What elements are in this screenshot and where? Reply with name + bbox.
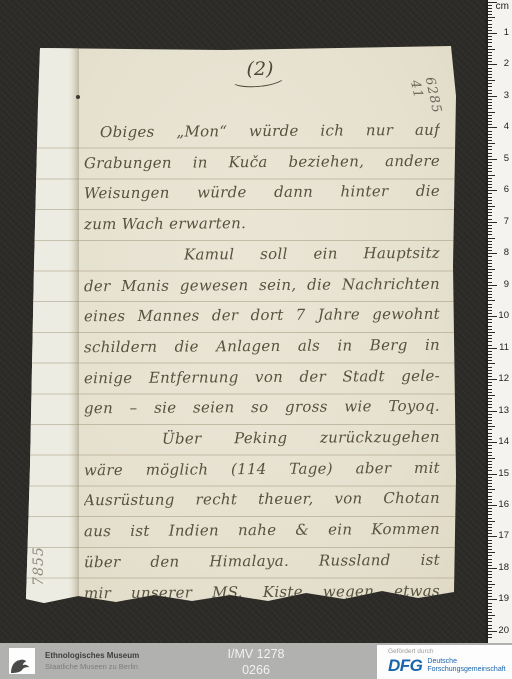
ruler-tick bbox=[488, 90, 492, 91]
ruler-tick bbox=[488, 27, 492, 28]
ruler-tick bbox=[488, 533, 492, 534]
ruler-tick bbox=[488, 99, 492, 100]
ruler-tick bbox=[488, 143, 495, 144]
scanned-letter-page: (2) 6285 41 7855 Obiges „Mon“ würde ich … bbox=[24, 46, 456, 612]
margin-annotation: 7855 bbox=[31, 534, 47, 598]
funder-prefix: Gefördert durch bbox=[388, 648, 512, 655]
ruler-number: 7 bbox=[504, 216, 509, 227]
ruler-tick bbox=[488, 175, 495, 176]
ruler-number: 4 bbox=[504, 121, 509, 132]
handwriting-line: schildern die Anlagen als in Berg in bbox=[84, 336, 440, 365]
ruler-tick bbox=[488, 178, 492, 179]
ruler-tick bbox=[488, 615, 495, 616]
ruler-tick bbox=[488, 52, 492, 53]
ruler-tick bbox=[488, 508, 492, 509]
ruler-tick bbox=[488, 483, 492, 484]
ruler-tick bbox=[488, 146, 492, 147]
ruler-tick bbox=[488, 2, 497, 3]
ruler-tick bbox=[488, 153, 492, 154]
ruler-tick bbox=[488, 603, 492, 604]
ruler-number: 5 bbox=[504, 153, 509, 164]
ruler-tick bbox=[488, 108, 492, 109]
ruler-tick bbox=[488, 464, 492, 465]
handwriting-line: Weisungen würde dann hinter die bbox=[84, 182, 440, 211]
ruler-tick bbox=[488, 55, 492, 56]
ruler-tick bbox=[488, 414, 492, 415]
handwriting-line: aus ist Indien nahe & ein Kommen bbox=[84, 520, 440, 549]
ruler-tick bbox=[488, 124, 492, 125]
ruler-tick bbox=[488, 156, 492, 157]
ruler-tick bbox=[488, 275, 492, 276]
ruler-tick bbox=[488, 64, 497, 65]
ruler-tick bbox=[488, 288, 492, 289]
ruler-tick bbox=[488, 486, 492, 487]
ruler-tick bbox=[488, 442, 497, 443]
ruler-tick bbox=[488, 326, 492, 327]
ruler-tick bbox=[488, 5, 492, 6]
ruler-tick bbox=[488, 310, 492, 311]
ruler-tick bbox=[488, 452, 492, 453]
ruler-tick bbox=[488, 477, 492, 478]
institution-name: Ethnologisches Museum bbox=[45, 651, 139, 660]
ruler-number: 9 bbox=[504, 279, 509, 290]
ruler-tick bbox=[488, 404, 492, 405]
ruler-number: 3 bbox=[504, 90, 509, 101]
ruler-tick bbox=[488, 599, 497, 600]
ruler-tick bbox=[488, 382, 492, 383]
ruler-tick bbox=[488, 219, 492, 220]
ruler-tick bbox=[488, 618, 492, 619]
ruler-tick bbox=[488, 77, 492, 78]
ruler-tick bbox=[488, 269, 495, 270]
ruler-tick bbox=[488, 392, 492, 393]
ruler-tick bbox=[488, 238, 495, 239]
ruler-number: 8 bbox=[504, 247, 509, 258]
ruler-tick bbox=[488, 102, 492, 103]
handwriting-line: Kamul soll ein Hauptsitz bbox=[84, 244, 440, 273]
ruler-tick bbox=[488, 247, 492, 248]
ruler-tick bbox=[488, 593, 492, 594]
ruler-tick bbox=[488, 540, 492, 541]
ruler-tick bbox=[488, 502, 492, 503]
ruler-tick bbox=[488, 159, 497, 160]
handwriting-line: zum Wach erwarten. bbox=[84, 213, 440, 242]
ruler-number: 12 bbox=[498, 373, 509, 384]
handwriting-line: Ausrüstung recht theuer, von Chotan bbox=[84, 489, 440, 518]
ruler-tick bbox=[488, 543, 492, 544]
ruler-tick bbox=[488, 480, 492, 481]
ruler-tick bbox=[488, 530, 492, 531]
ruler-tick bbox=[488, 11, 492, 12]
ruler-tick bbox=[488, 234, 492, 235]
ruler-tick bbox=[488, 266, 492, 267]
ruler-tick bbox=[488, 612, 492, 613]
ruler-tick bbox=[488, 637, 492, 638]
ruler-number: 15 bbox=[498, 468, 509, 479]
ruler-tick bbox=[488, 30, 492, 31]
ruler-tick bbox=[488, 209, 492, 210]
ruler-tick bbox=[488, 80, 495, 81]
ruler-tick bbox=[488, 253, 497, 254]
ruler-tick bbox=[488, 137, 492, 138]
ruler-tick bbox=[488, 590, 492, 591]
ruler-tick bbox=[488, 461, 492, 462]
ruler-tick bbox=[488, 140, 492, 141]
scan-viewer: (2) 6285 41 7855 Obiges „Mon“ würde ich … bbox=[0, 0, 512, 679]
ruler-tick bbox=[488, 313, 492, 314]
handwriting-line: Grabungen in Kuča beziehen, andere bbox=[84, 151, 440, 180]
funder-block: Gefördert durch DFG Deutsche Forschungsg… bbox=[377, 645, 512, 679]
ruler-tick bbox=[488, 474, 497, 475]
ruler-tick bbox=[488, 631, 497, 632]
ruler-tick bbox=[488, 367, 492, 368]
ruler-tick bbox=[488, 596, 492, 597]
ruler-tick bbox=[488, 606, 492, 607]
ruler-tick bbox=[488, 398, 492, 399]
ruler-tick bbox=[488, 68, 492, 69]
ruler-tick bbox=[488, 61, 492, 62]
ruler-tick bbox=[488, 171, 492, 172]
ruler-tick bbox=[488, 285, 497, 286]
ruler-number: 10 bbox=[498, 310, 509, 321]
ruler-tick bbox=[488, 105, 492, 106]
ruler-number: 18 bbox=[498, 562, 509, 573]
ruler-tick bbox=[488, 316, 497, 317]
ruler-tick bbox=[488, 345, 492, 346]
ruler-tick bbox=[488, 300, 495, 301]
handwriting-line: gen – sie seien so gross wie Toyoq. bbox=[84, 397, 440, 426]
ruler-tick bbox=[488, 436, 492, 437]
handwriting-line: wäre möglich (114 Tage) aber mit bbox=[84, 458, 440, 487]
ruler-tick bbox=[488, 455, 492, 456]
ruler-tick bbox=[488, 131, 492, 132]
ruler-number: 14 bbox=[498, 436, 509, 447]
ruler-tick bbox=[488, 244, 492, 245]
ruler-tick bbox=[488, 46, 492, 47]
ruler-tick bbox=[488, 524, 492, 525]
ruler-tick bbox=[488, 297, 492, 298]
ruler-tick bbox=[488, 549, 492, 550]
ruler-tick bbox=[488, 250, 492, 251]
ruler-tick bbox=[488, 357, 492, 358]
ruler-tick bbox=[488, 389, 492, 390]
ruler-tick bbox=[488, 329, 492, 330]
ruler-tick bbox=[488, 445, 492, 446]
ruler-tick bbox=[488, 228, 492, 229]
ruler-tick bbox=[488, 521, 495, 522]
handwriting-line: eines Mannes der dort 7 Jahre gewohnt bbox=[84, 305, 440, 334]
institution-subtitle: Staatliche Museen zu Berlin bbox=[45, 662, 139, 671]
ruler-tick bbox=[488, 112, 495, 113]
ruler-tick bbox=[488, 584, 495, 585]
ruler-tick bbox=[488, 426, 495, 427]
ruler-tick bbox=[488, 256, 492, 257]
ruler-tick bbox=[488, 505, 497, 506]
ruler-tick bbox=[488, 470, 492, 471]
ruler-tick bbox=[488, 36, 492, 37]
ruler-tick bbox=[488, 341, 492, 342]
ruler-tick bbox=[488, 514, 492, 515]
ruler-number: 19 bbox=[498, 593, 509, 604]
ruler-tick bbox=[488, 272, 492, 273]
ruler-tick bbox=[488, 401, 492, 402]
ruler-tick bbox=[488, 379, 497, 380]
ruler-tick bbox=[488, 628, 492, 629]
ruler-number: 1 bbox=[504, 27, 509, 38]
ruler-tick bbox=[488, 351, 492, 352]
ruler-tick bbox=[488, 58, 492, 59]
ruler-tick bbox=[488, 162, 492, 163]
measurement-ruler: cm 1234567891011121314151617181920 bbox=[488, 0, 512, 646]
ruler-tick bbox=[488, 360, 492, 361]
ruler-tick bbox=[488, 241, 492, 242]
funder-name: Deutsche Forschungsgemeinschaft bbox=[427, 658, 505, 674]
ruler-tick bbox=[488, 448, 492, 449]
ruler-tick bbox=[488, 634, 492, 635]
ruler-tick bbox=[488, 354, 492, 355]
ruler-tick bbox=[488, 197, 492, 198]
ruler-tick bbox=[488, 376, 492, 377]
ruler-tick bbox=[488, 93, 492, 94]
footer-bar: I/MV 1278 0266 Ethnologisches Museum Sta… bbox=[0, 643, 512, 679]
ruler-tick bbox=[488, 206, 495, 207]
ruler-tick bbox=[488, 385, 492, 386]
handwriting-line: Über Peking zurückzugehen bbox=[84, 428, 440, 457]
ruler-tick bbox=[488, 187, 492, 188]
ruler-tick bbox=[488, 165, 492, 166]
handwriting-line: Obiges „Mon“ würde ich nur auf bbox=[84, 121, 440, 150]
ruler-tick bbox=[488, 559, 492, 560]
ruler-tick bbox=[488, 134, 492, 135]
ruler-tick bbox=[488, 49, 495, 50]
ruler-tick bbox=[488, 322, 492, 323]
ruler-tick bbox=[488, 373, 492, 374]
ruler-tick bbox=[488, 568, 497, 569]
ruler-tick bbox=[488, 587, 492, 588]
ruler-tick bbox=[488, 574, 492, 575]
ruler-tick bbox=[488, 489, 495, 490]
ruler-tick bbox=[488, 83, 492, 84]
ruler-tick bbox=[488, 86, 492, 87]
ruler-tick bbox=[488, 8, 492, 9]
ruler-tick bbox=[488, 609, 492, 610]
ruler-number: 16 bbox=[498, 499, 509, 510]
ruler-tick bbox=[488, 71, 492, 72]
ruler-tick bbox=[488, 571, 492, 572]
dfg-logo-icon: DFG bbox=[388, 656, 422, 676]
ruler-tick bbox=[488, 184, 492, 185]
ruler-tick bbox=[488, 552, 495, 553]
ruler-tick bbox=[488, 433, 492, 434]
ruler-tick bbox=[488, 407, 492, 408]
handwriting-line: einige Entfernung von der Stadt gele- bbox=[84, 366, 440, 395]
ruler-tick bbox=[488, 115, 492, 116]
ruler-tick bbox=[488, 225, 492, 226]
ruler-tick bbox=[488, 39, 492, 40]
ruler-tick bbox=[488, 429, 492, 430]
ruler-tick bbox=[488, 14, 492, 15]
ruler-tick bbox=[488, 260, 492, 261]
ruler-tick bbox=[488, 181, 492, 182]
ruler-tick bbox=[488, 546, 492, 547]
corner-annotation: 6285 41 bbox=[407, 76, 444, 119]
ruler-tick bbox=[488, 215, 492, 216]
paper-hole bbox=[76, 95, 80, 99]
ruler-number: 13 bbox=[498, 405, 509, 416]
ruler-tick bbox=[488, 20, 492, 21]
institution-block: Ethnologisches Museum Staatliche Museen … bbox=[9, 648, 139, 674]
ruler-tick bbox=[488, 200, 492, 201]
museum-eagle-logo-icon bbox=[9, 648, 35, 674]
ruler-tick bbox=[488, 467, 492, 468]
ruler-tick bbox=[488, 193, 492, 194]
ruler-tick bbox=[488, 212, 492, 213]
ruler-tick bbox=[488, 319, 492, 320]
ruler-tick bbox=[488, 304, 492, 305]
ruler-tick bbox=[488, 562, 492, 563]
ruler-tick bbox=[488, 423, 492, 424]
ruler-tick bbox=[488, 127, 497, 128]
ruler-tick bbox=[488, 294, 492, 295]
ruler-tick bbox=[488, 492, 492, 493]
ruler-tick bbox=[488, 149, 492, 150]
handwriting-line: über den Himalaya. Russland ist bbox=[84, 551, 440, 580]
ruler-tick bbox=[488, 581, 492, 582]
ruler-tick bbox=[488, 625, 492, 626]
ruler-tick bbox=[488, 577, 492, 578]
ruler-tick bbox=[488, 395, 495, 396]
ruler-tick bbox=[488, 496, 492, 497]
ruler-tick bbox=[488, 511, 492, 512]
ruler-number: 17 bbox=[498, 530, 509, 541]
ruler-tick bbox=[488, 499, 492, 500]
ruler-tick bbox=[488, 33, 497, 34]
ruler-number: 6 bbox=[504, 184, 509, 195]
paper-binding-strip bbox=[24, 46, 79, 612]
ruler-tick bbox=[488, 291, 492, 292]
ruler-tick bbox=[488, 17, 495, 18]
ruler-tick bbox=[488, 24, 492, 25]
ruler-tick bbox=[488, 536, 497, 537]
ruler-tick bbox=[488, 332, 495, 333]
handwriting-line: der Manis gewesen sein, die Nachrichten bbox=[84, 274, 440, 303]
ruler-tick bbox=[488, 42, 492, 43]
ruler-tick bbox=[488, 74, 492, 75]
ruler-number: 11 bbox=[499, 342, 509, 353]
ruler-tick bbox=[488, 370, 492, 371]
ruler-tick bbox=[488, 518, 492, 519]
ruler-tick bbox=[488, 335, 492, 336]
ruler-tick bbox=[488, 168, 492, 169]
ruler-tick bbox=[488, 417, 492, 418]
ruler-tick bbox=[488, 222, 497, 223]
ruler-number: 2 bbox=[504, 58, 509, 69]
ruler-tick bbox=[488, 263, 492, 264]
ruler-tick bbox=[488, 458, 495, 459]
ruler-tick bbox=[488, 621, 492, 622]
ruler-tick bbox=[488, 118, 492, 119]
ruler-tick bbox=[488, 565, 492, 566]
ruler-tick bbox=[488, 278, 492, 279]
ruler-number: 20 bbox=[498, 625, 509, 636]
ruler-tick bbox=[488, 439, 492, 440]
ruler-tick bbox=[488, 96, 497, 97]
ruler-tick bbox=[488, 231, 492, 232]
ruler-unit-label: cm bbox=[496, 1, 509, 12]
ruler-tick bbox=[488, 190, 497, 191]
handwriting-line: mir unserer MS. Kiste wegen etwas bbox=[84, 581, 440, 610]
ruler-tick bbox=[488, 411, 497, 412]
ruler-tick bbox=[488, 338, 492, 339]
ruler-tick bbox=[488, 527, 492, 528]
ruler-tick bbox=[488, 282, 492, 283]
ruler-tick bbox=[488, 203, 492, 204]
ruler-tick bbox=[488, 363, 495, 364]
ruler-tick bbox=[488, 307, 492, 308]
ruler-tick bbox=[488, 348, 497, 349]
ruler-tick bbox=[488, 555, 492, 556]
ruler-tick bbox=[488, 420, 492, 421]
ruler-tick bbox=[488, 121, 492, 122]
